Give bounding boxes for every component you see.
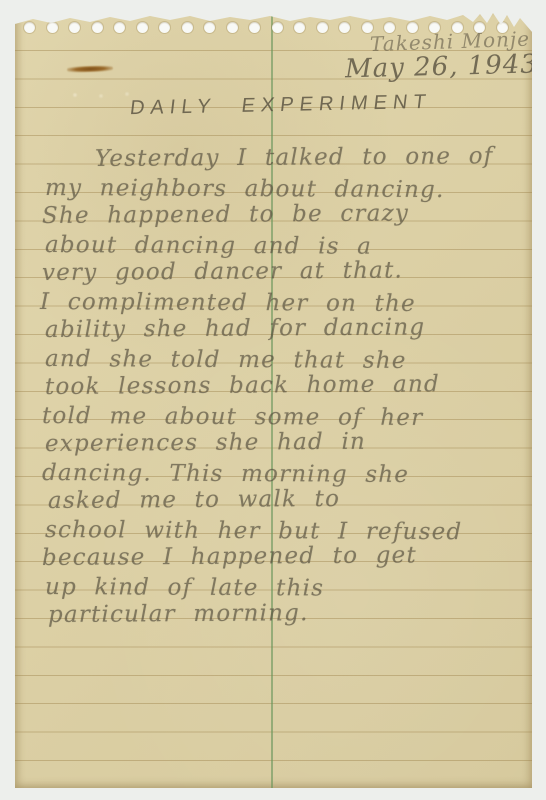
handwritten-line: I complimented her on the bbox=[40, 289, 416, 317]
notebook-paper-sheet: Takeshi Monje May 26, 1943 DAILY EXPERIM… bbox=[15, 10, 532, 788]
punch-hole bbox=[159, 22, 170, 33]
handwritten-line: asked me to walk to bbox=[48, 486, 340, 514]
handwritten-line: because I happened to get bbox=[42, 542, 417, 571]
handwritten-line: very good dancer at that. bbox=[42, 257, 403, 286]
handwritten-line: told me about some of her bbox=[42, 403, 423, 431]
punch-hole bbox=[182, 22, 193, 33]
scanned-document-page: { "document": { "header": { "author_name… bbox=[0, 0, 546, 800]
punch-hole bbox=[227, 22, 238, 33]
handwritten-line: about dancing and is a bbox=[45, 232, 372, 260]
handwritten-line: dancing. This morning she bbox=[42, 460, 409, 488]
punch-hole bbox=[24, 22, 35, 33]
handwritten-line: ability she had for dancing bbox=[45, 314, 425, 343]
handwritten-line: She happened to be crazy bbox=[42, 200, 409, 229]
punch-hole bbox=[294, 22, 305, 33]
punch-hole bbox=[204, 22, 215, 33]
punch-hole bbox=[249, 22, 260, 33]
handwritten-line: school with her but I refused bbox=[45, 517, 462, 545]
handwritten-line: my neighbors about dancing. bbox=[45, 175, 445, 203]
punch-hole bbox=[47, 22, 58, 33]
punch-hole bbox=[69, 22, 80, 33]
punch-hole bbox=[137, 22, 148, 33]
punch-hole bbox=[339, 22, 350, 33]
handwritten-line: up kind of late this bbox=[45, 574, 324, 601]
entry-date: May 26, 1943 bbox=[345, 50, 531, 85]
handwritten-body: Yesterday I talked to one of my neighbor… bbox=[15, 10, 532, 788]
punch-hole bbox=[114, 22, 125, 33]
handwritten-line: and she told me that she bbox=[45, 346, 407, 374]
punch-hole bbox=[272, 22, 283, 33]
handwritten-line: particular morning. bbox=[48, 600, 309, 628]
handwritten-line: Yesterday I talked to one of bbox=[95, 143, 494, 172]
punch-hole bbox=[92, 22, 103, 33]
handwritten-line: took lessons back home and bbox=[45, 371, 440, 400]
handwritten-line: experiences she had in bbox=[45, 429, 366, 457]
punch-hole bbox=[317, 22, 328, 33]
